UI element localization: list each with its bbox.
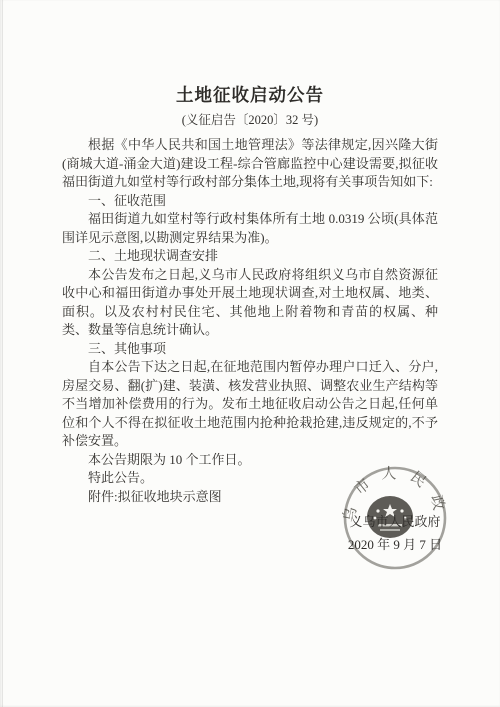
signature-date: 2020 年 9 月 7 日 — [330, 534, 460, 557]
signature-issuer: 义乌市人民政府 — [330, 511, 460, 534]
scan-edge-artifact — [2, 0, 3, 707]
paragraph-hereby: 特此公告。 — [62, 469, 438, 488]
paragraph-survey: 本公告发布之日起,义乌市人民政府将组织义乌市自然资源征收中心和福田街道办事处开展… — [62, 266, 438, 340]
signature-block: 义乌市人民政府 2020 年 9 月 7 日 — [330, 511, 460, 556]
page-title: 土地征收启动公告 — [62, 84, 438, 106]
document-number: (义征启告〔2020〕32 号) — [62, 112, 438, 129]
paragraph-intro: 根据《中华人民共和国土地管理法》等法律规定,因兴隆大街(商城大道-涌金大道)建设… — [62, 136, 438, 192]
paragraph-attachment: 附件:拟征收地块示意图 — [62, 488, 438, 507]
paragraph-deadline: 本公告期限为 10 个工作日。 — [62, 451, 438, 470]
paragraph-other: 自本公告下达之日起,在征地范围内暂停办理户口迁入、分户,房屋交易、翻(扩)建、装… — [62, 358, 438, 451]
paragraph-scope: 福田街道九如堂村等行政村集体所有土地 0.0319 公顷(具体范围详见示意图,以… — [62, 210, 438, 247]
section-heading-1: 一、征收范围 — [62, 192, 438, 211]
document-content: 土地征收启动公告 (义征启告〔2020〕32 号) 根据《中华人民共和国土地管理… — [62, 84, 438, 506]
document-body: 根据《中华人民共和国土地管理法》等法律规定,因兴隆大街(商城大道-涌金大道)建设… — [62, 136, 438, 506]
section-heading-2: 二、土地现状调查安排 — [62, 247, 438, 266]
section-heading-3: 三、其他事项 — [62, 340, 438, 359]
scanned-document-page: 土地征收启动公告 (义征启告〔2020〕32 号) 根据《中华人民共和国土地管理… — [0, 0, 500, 707]
